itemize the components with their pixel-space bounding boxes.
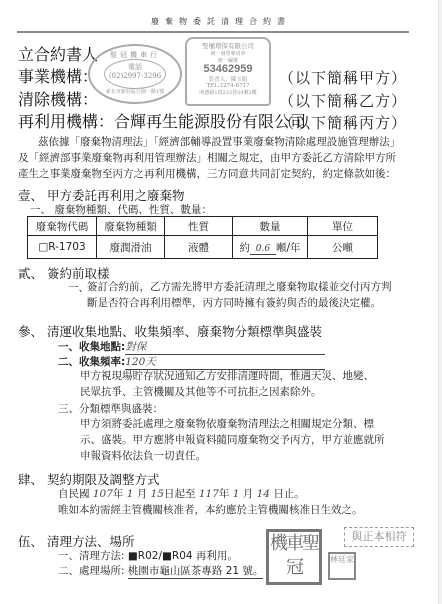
document-title: 廢棄物委託清理合約書 xyxy=(0,16,442,27)
table-row: □R-1703 廢潤滑油 液體 約0.6噸/年 公噸 xyxy=(28,236,378,259)
header-code: 廢棄物代碼 xyxy=(28,217,97,236)
cell-quantity: 約0.6噸/年 xyxy=(233,236,308,259)
collection-frequency-label: 二、收集頻率: xyxy=(58,356,125,368)
preamble: 茲依據「廢棄物清理法」「經濟部輔導設置事業廢棄物清除處理設施管理辦法」 及「經濟… xyxy=(18,134,400,182)
section3-line: 甲方視現場貯存狀況通知乙方安排清運時間，惟遇天災、地變、 xyxy=(80,368,374,384)
large-square-seal: 機車聖冠 xyxy=(266,529,322,585)
cleaner-abbr: （以下簡稱乙方） xyxy=(279,90,407,111)
cleanup-method-label: 一、清理方法: xyxy=(58,550,125,562)
page-edge xyxy=(438,0,442,604)
section2-item1-num: 一、 xyxy=(68,280,89,295)
cleaner-stamp-tax-id: 53462959 xyxy=(187,64,269,75)
cleaner-stamp-address: 明德路1段223巷34號2樓 xyxy=(187,89,269,96)
reuser-label: 再利用機構： xyxy=(18,112,114,131)
business-stamp-address: 新北市新莊區公園一路1號 xyxy=(90,88,180,95)
month-label: 月 xyxy=(137,488,148,500)
header-unit: 單位 xyxy=(308,217,378,236)
cleaner-stamp-owner: 負責人：陳玉娟 xyxy=(187,75,269,83)
start-year: 107 xyxy=(93,488,113,500)
header-type: 廢棄物種類 xyxy=(97,217,165,236)
year-label: 年 xyxy=(113,488,124,500)
contract-period: 自民國 107年 1 月 15日起至 117年 1 月 14 日止。 xyxy=(58,486,305,501)
section3-heading: 參、 清運收集地點、收集頻率、廢棄物分類標準與盛裝 xyxy=(18,322,322,340)
collection-site-label: 一、收集地點: xyxy=(58,341,125,353)
end-month: 1 xyxy=(233,488,240,500)
section3-item2-text: 甲方視現場貯存狀況通知乙方安排清運時間，惟遇天災、地變、 民眾抗爭、主管機關及其… xyxy=(80,368,374,400)
section5-item1: 一、清理方法: ■R02/■R04 再利用。 xyxy=(58,548,238,563)
reuser-abbr: （以下簡稱丙方） xyxy=(279,112,407,133)
cell-code: □R-1703 xyxy=(28,236,97,259)
cleanup-method-value: ■R02/■R04 再利用。 xyxy=(128,550,238,562)
start-day: 15 xyxy=(151,488,164,500)
table-header-row: 廢棄物代碼 廢棄物種類 性質 數量 單位 xyxy=(28,217,378,236)
month-label: 月 xyxy=(243,488,254,500)
business-stamp-phone: (02)2997-3296 xyxy=(105,72,165,80)
section3-item3-text: 甲方須將委託處理之廢棄物依廢棄物清理法之相關規定分類、標 示、盛裝。甲方應將申報… xyxy=(80,416,385,464)
start-suffix: 日起至 xyxy=(164,488,196,500)
reuser-name: 合輝再生能源股份有限公司 xyxy=(114,112,306,131)
section3-line: 示、盛裝。甲方應將申報資料隨同廢棄物交予丙方，甲方並應就所 xyxy=(80,432,385,448)
signatory-label: 立合約書人 xyxy=(18,44,98,66)
business-label: 事業機構： xyxy=(18,66,98,88)
period-prefix: 自民國 xyxy=(58,488,90,500)
site-value: 桃園市龜山區茶專路 21 號。 xyxy=(128,563,264,579)
qty-prefix: 約 xyxy=(239,242,250,254)
reuser-row: 再利用機構：合輝再生能源股份有限公司 xyxy=(18,111,306,133)
section2-line: 斷是否符合再利用標準，丙方同時擁有簽約與否的最後決定權。 xyxy=(87,295,392,311)
cleaner-stamp: 聖權環保有限公司 統一發票專用章 統一編號 53462959 負責人：陳玉娟 T… xyxy=(185,37,271,106)
collection-site-value: 對保 xyxy=(125,339,325,355)
preamble-line: 及「經濟部事業廢棄物再利用管理辦法」相關之規定，由甲方委託乙方清除甲方所 xyxy=(18,150,400,166)
cleaner-label: 清除機構： xyxy=(18,89,98,111)
certified-copy-stamp: 與正本相符 xyxy=(344,527,414,547)
small-square-seal: 林廷家 xyxy=(328,552,356,580)
section3-line: 甲方須將委託處理之廢棄物依廢棄物清理法之相關規定分類、標 xyxy=(80,416,385,432)
section5-item2: 二、處理場所: 桃園市龜山區茶專路 21 號。 xyxy=(58,563,263,579)
waste-table: 廢棄物代碼 廢棄物種類 性質 數量 單位 □R-1703 廢潤滑油 液體 約0.… xyxy=(27,216,378,259)
qty-handwritten: 0.6 xyxy=(250,244,276,255)
cell-type: 廢潤滑油 xyxy=(97,236,165,259)
section3-line: 申報資料依法負一切責任。 xyxy=(80,448,385,464)
cleaner-stamp-line1: 統一發票專用章 xyxy=(187,50,269,57)
business-stamp-inner-oval: 電話 (02)2997-3296 xyxy=(104,59,166,89)
cell-nature: 液體 xyxy=(165,236,233,259)
year-label: 年 xyxy=(219,488,230,500)
qty-suffix: 噸/年 xyxy=(276,242,301,254)
header-quantity: 數量 xyxy=(233,217,308,236)
section4-note: 唯如本約需經主管機關核准者，本約應於主管機關核准日生效之。 xyxy=(58,502,363,517)
end-year: 117 xyxy=(199,488,219,500)
cell-unit: 公噸 xyxy=(308,236,378,259)
section3-line: 民眾抗爭、主管機關及其他等不可抗拒之因素除外。 xyxy=(80,384,374,400)
section2-item1-text: 簽訂合約前，乙方需先將甲方委託清理之廢棄物取樣並交付丙方判 斷是否符合再利用標準… xyxy=(87,279,392,311)
preamble-line: 茲依據「廢棄物清理法」「經濟部輔導設置事業廢棄物清除處理設施管理辦法」 xyxy=(18,134,400,150)
start-month: 1 xyxy=(127,488,134,500)
business-abbr: （以下簡稱甲方） xyxy=(279,67,407,88)
business-stamp: 聖冠機車行 電話 (02)2997-3296 新北市新莊區公園一路1號 xyxy=(88,44,182,104)
header-nature: 性質 xyxy=(165,217,233,236)
section1-item1: 一、 廢棄物種類、代碼、性質、數量： xyxy=(30,202,212,217)
section3-item1: 一、收集地點:對保 xyxy=(58,339,325,355)
end-day: 14 xyxy=(257,488,270,500)
site-label: 二、處理場所: xyxy=(58,565,125,577)
title-divider xyxy=(17,31,409,33)
section2-line: 簽訂合約前，乙方需先將甲方委託清理之廢棄物取樣並交付丙方判 xyxy=(87,279,392,295)
cleaner-stamp-name: 聖權環保有限公司 xyxy=(187,41,269,50)
business-stamp-phone-label: 電話 xyxy=(105,62,165,72)
preamble-line: 產生之事業廢棄物至丙方之再利用機構，三方同意共同訂定契約，約定條款如後： xyxy=(18,166,400,182)
section3-item3: 三、分類標準與盛裝： xyxy=(58,401,163,416)
end-suffix: 日止。 xyxy=(273,488,305,500)
